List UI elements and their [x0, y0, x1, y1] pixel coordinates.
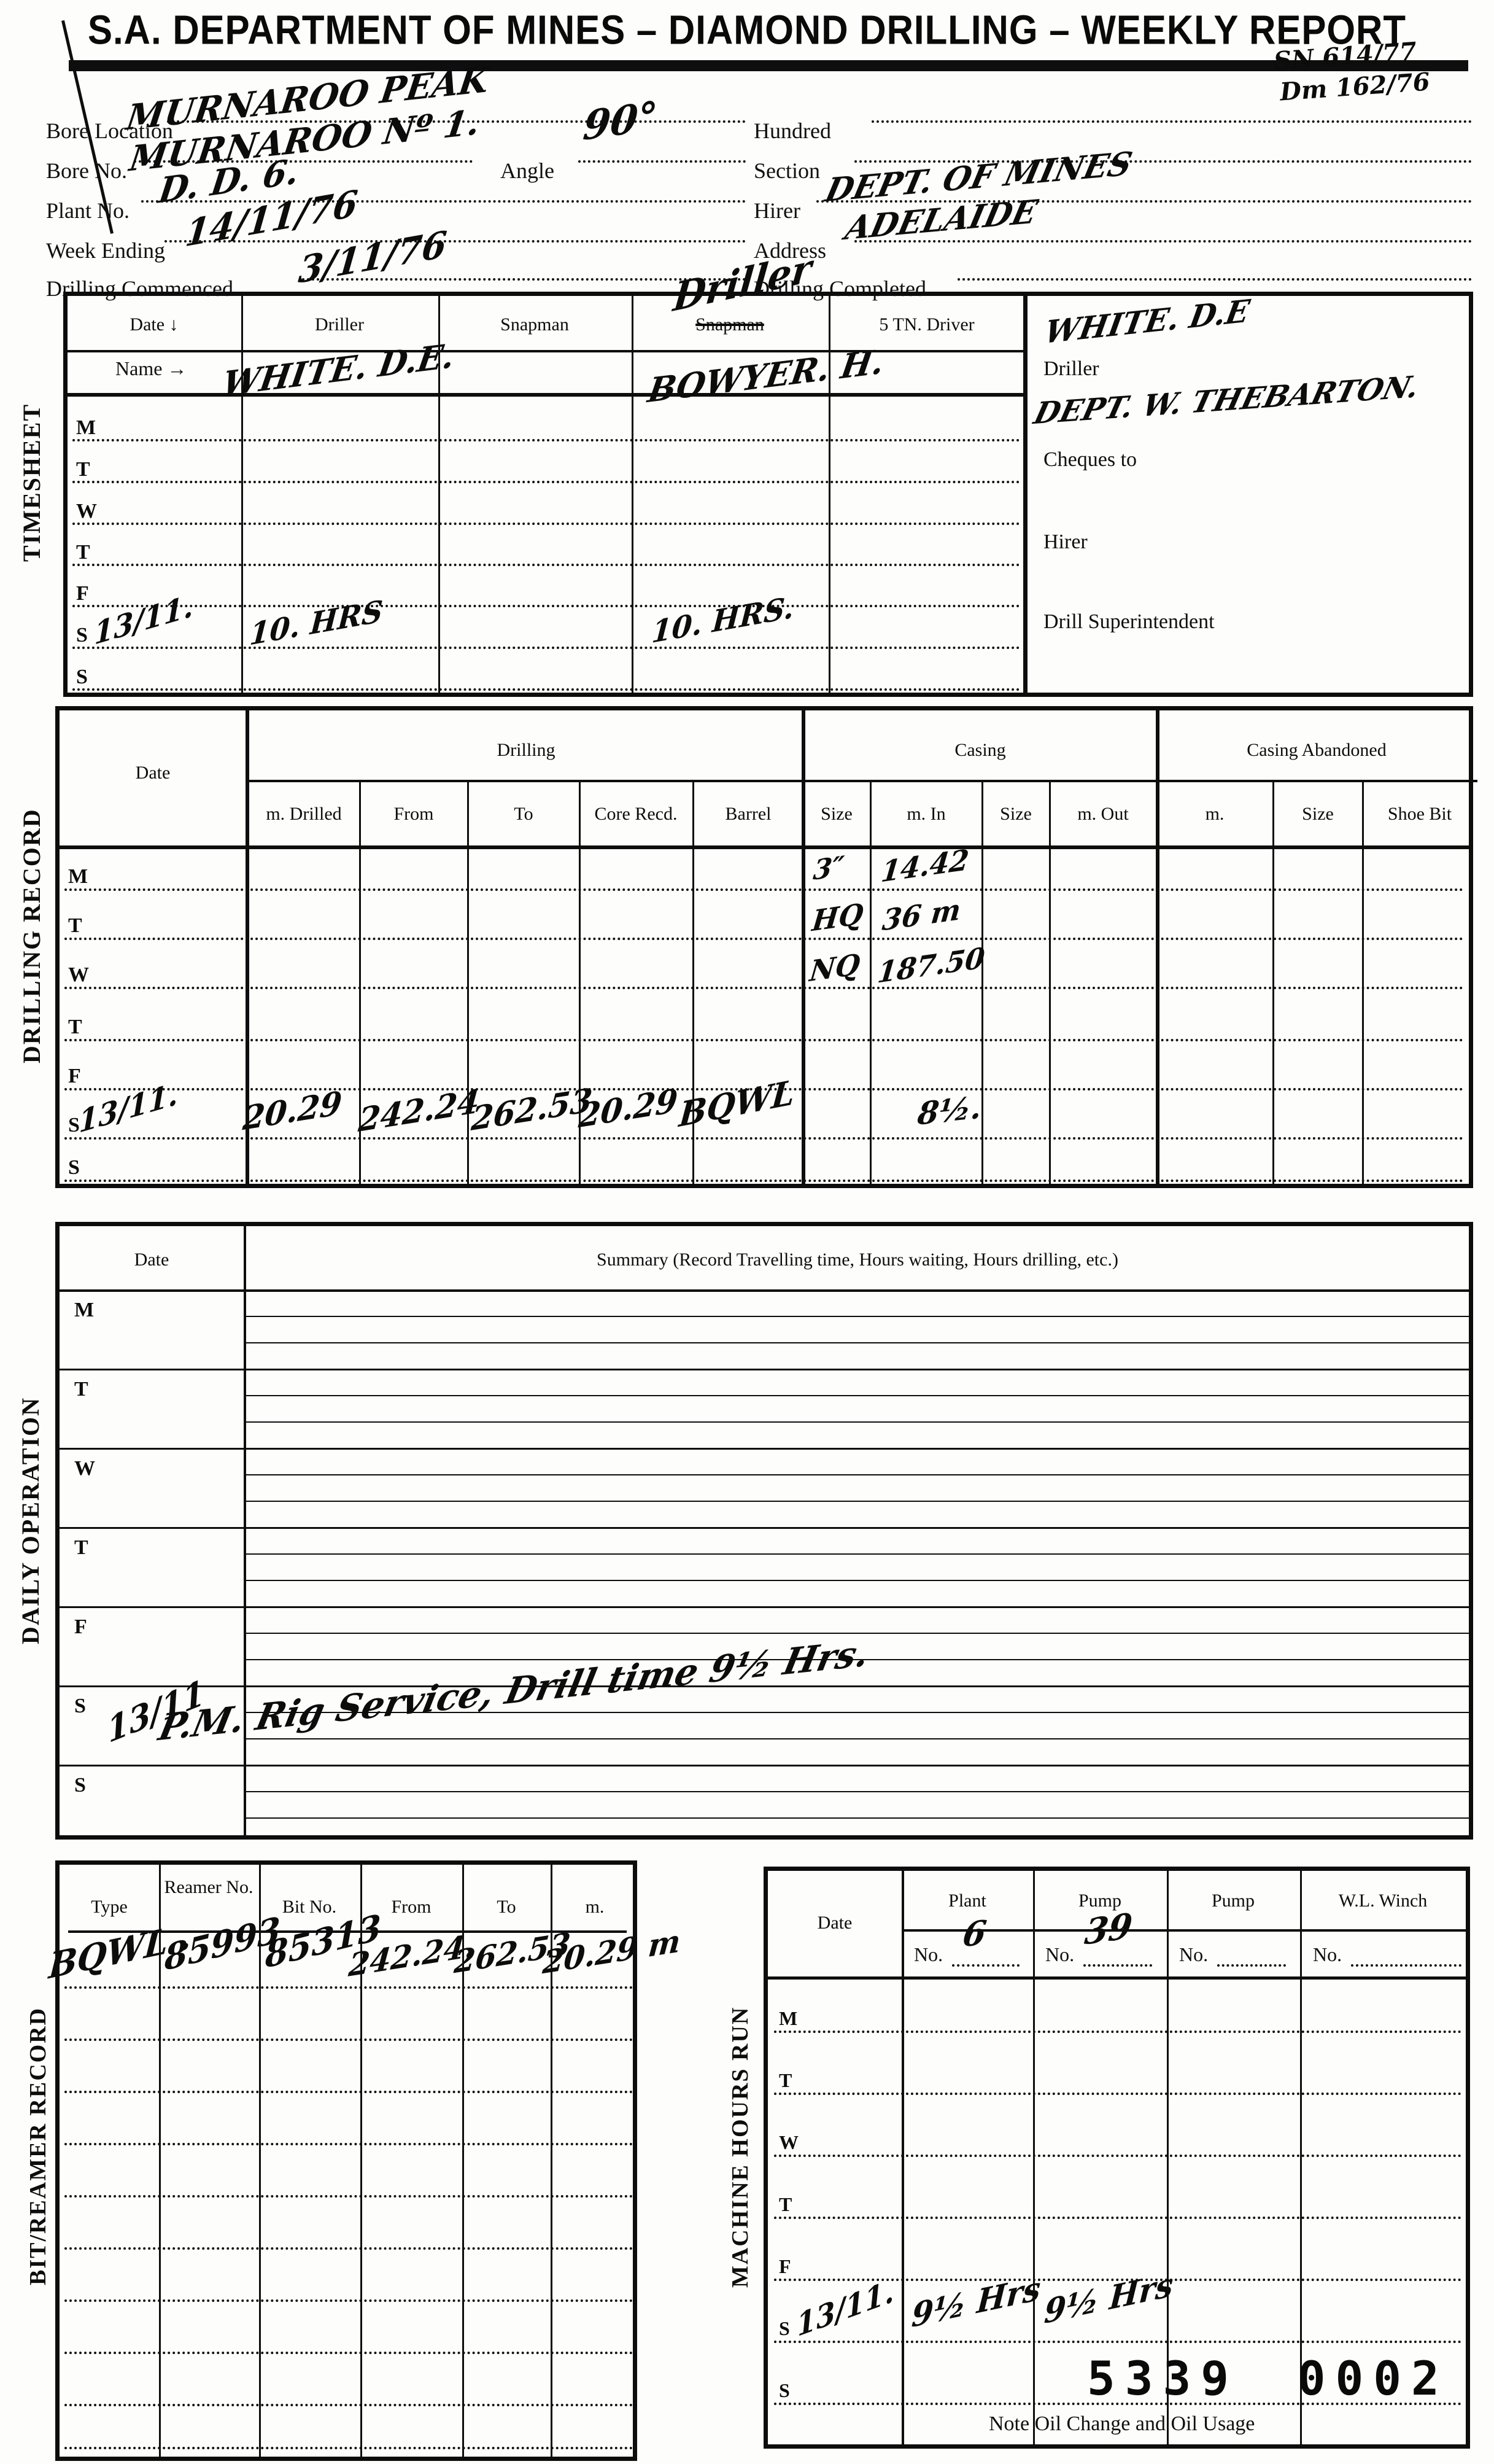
- ts-header-snapman1: Snapman: [500, 314, 569, 335]
- dr-sat-from: 242.24: [357, 1082, 481, 1140]
- address-line: [854, 240, 1472, 243]
- mh-day-s1: S: [779, 2317, 790, 2340]
- dr-sat-m-drilled: 20.29: [241, 1084, 343, 1138]
- ts-day-m: M: [76, 416, 96, 440]
- dr-col-line: [1272, 780, 1274, 1184]
- bit-reamer-table: Type Reamer No. Bit No. From To m. BQWL …: [55, 1860, 637, 2461]
- dr-row-line: [64, 888, 1464, 891]
- dr-col-line: [870, 780, 872, 1184]
- section-label: Section: [754, 158, 820, 184]
- mh-oil-note: Note Oil Change and Oil Usage: [989, 2412, 1255, 2436]
- dr-sub-from: From: [393, 804, 433, 825]
- do-sum-line: [246, 1817, 1469, 1819]
- dr-sub-m: m.: [1206, 804, 1225, 825]
- mh-row-line: [774, 2155, 1461, 2157]
- dr-group-casing-abandoned: Casing Abandoned: [1247, 740, 1386, 761]
- do-day-f: F: [74, 1615, 87, 1639]
- angle-value: 90°: [581, 93, 660, 150]
- do-sum-line: [246, 1421, 1469, 1423]
- br-header-from: From: [391, 1897, 431, 1918]
- dr-casing-size-3: NQ: [808, 947, 861, 989]
- mh-row-line: [774, 2341, 1461, 2343]
- mh-no-value-pump1: 39: [1083, 1905, 1134, 1953]
- mh-no-label-plant: No.: [914, 1943, 943, 1966]
- mh-day-f: F: [779, 2255, 791, 2278]
- mh-col-line: [1033, 1871, 1035, 2444]
- dr-day-t1: T: [68, 914, 82, 938]
- dr-sub-m-out: m. Out: [1077, 804, 1128, 825]
- do-sum-line: [246, 1395, 1469, 1396]
- dr-sub-size1: Size: [821, 804, 853, 825]
- br-row-line: [64, 1986, 633, 1989]
- ts-col-line: [632, 296, 633, 693]
- br-row-line: [64, 2038, 633, 2041]
- dr-group-casing: Casing: [954, 740, 1005, 761]
- ts-payee-driller-label: Driller: [1043, 357, 1099, 381]
- timesheet-table: Date ↓ Driller Snapman Snapman 5 TN. Dri…: [63, 292, 1473, 697]
- ts-header-snapman2: Snapman: [695, 314, 764, 335]
- ts-row-line: [72, 564, 1020, 566]
- br-row-line: [64, 2404, 633, 2406]
- mh-sat-date: 13/11.: [795, 2273, 895, 2344]
- drilling-commenced-value: 3/11/76: [296, 223, 449, 292]
- hundred-line: [872, 120, 1472, 123]
- mh-row-line: [774, 2031, 1461, 2033]
- week-ending-label: Week Ending: [46, 238, 165, 263]
- do-day-m: M: [74, 1299, 94, 1322]
- dr-col-line: [1362, 780, 1364, 1184]
- ts-sat-date: 13/11.: [94, 588, 193, 653]
- ts-row-line: [72, 605, 1020, 607]
- ts-name-row-label: Name →: [115, 357, 187, 380]
- plant-no-label: Plant No.: [46, 198, 130, 223]
- ts-day-f: F: [76, 582, 89, 605]
- mh-no-line-winch: [1351, 1964, 1461, 1967]
- mh-no-label-pump1: No.: [1045, 1943, 1074, 1966]
- ts-header-date: Date ↓: [130, 314, 178, 335]
- dr-header-rule: [60, 845, 1469, 849]
- mh-day-t1: T: [779, 2069, 792, 2092]
- dr-col-line: [467, 780, 469, 1184]
- mh-meter-stamp: 5339 0002: [1087, 2351, 1449, 2406]
- dr-casing-size-2: HQ: [810, 897, 865, 938]
- br-header-reamer-no: Reamer No.: [163, 1876, 255, 1899]
- br-row-line: [64, 2091, 633, 2093]
- mh-sat-pump-hours: 9½ Hrs: [1043, 2266, 1174, 2332]
- form-title: S.A. DEPARTMENT OF MINES – DIAMOND DRILL…: [0, 6, 1494, 53]
- ts-day-t2: T: [76, 541, 90, 564]
- dr-group-rule: [248, 780, 1477, 782]
- mh-day-s2: S: [779, 2379, 790, 2402]
- do-day-rule: [60, 1527, 1469, 1529]
- do-day-s2: S: [74, 1774, 86, 1797]
- do-sum-line: [246, 1738, 1469, 1739]
- mh-group-plant: Plant: [948, 1891, 986, 1911]
- ts-name-rule: [68, 393, 1025, 397]
- angle-label: Angle: [500, 158, 554, 184]
- dr-day-s2: S: [68, 1156, 80, 1180]
- ts-header-5tn: 5 TN. Driver: [879, 314, 974, 335]
- mh-day-m: M: [779, 2007, 797, 2030]
- do-day-rule: [60, 1369, 1469, 1370]
- dr-day-t2: T: [68, 1016, 82, 1039]
- ts-panel-divider: [1023, 296, 1028, 693]
- mh-group-rule: [904, 1929, 1466, 1932]
- do-day-w: W: [74, 1457, 95, 1480]
- dr-row-line: [64, 1039, 1464, 1041]
- mh-day-w: W: [779, 2131, 799, 2154]
- ts-sat-snapman2-hours: 10. HRS.: [651, 590, 795, 650]
- drilling-record-table: Date Drilling Casing Casing Abandoned m.…: [55, 706, 1473, 1188]
- dr-sat-barrel: BQWL: [678, 1072, 797, 1135]
- dr-row-line: [64, 1137, 1464, 1140]
- ts-row-line: [72, 523, 1020, 525]
- drilling-completed-line: [958, 278, 1472, 281]
- br-row-line: [64, 2195, 633, 2198]
- dr-col-line: [1049, 780, 1051, 1184]
- do-sum-line: [246, 1580, 1469, 1581]
- ts-col-line: [241, 296, 243, 693]
- dr-sat-casing-m-in: 8½.: [916, 1089, 983, 1132]
- drilling-record-section-label: DRILLING RECORD: [17, 808, 46, 1063]
- ts-row-line: [72, 481, 1020, 483]
- do-day-rule: [60, 1606, 1469, 1608]
- mh-no-line-pump1: [1083, 1964, 1152, 1967]
- ts-sat-driller-hours: 10. HRS: [249, 594, 384, 653]
- br-row-line: [64, 2247, 633, 2250]
- hirer-label: Hirer: [754, 198, 800, 223]
- ts-day-s1: S: [76, 624, 88, 647]
- ts-day-t1: T: [76, 458, 90, 481]
- dr-row-line: [64, 938, 1464, 940]
- br-row-line: [64, 2299, 633, 2302]
- dr-casing-min-2: 36 m: [881, 892, 962, 937]
- mh-col-line: [902, 1871, 904, 2444]
- bit-reamer-section-label: BIT/REAMER RECORD: [25, 2007, 52, 2285]
- do-date-header: Date: [134, 1249, 169, 1270]
- dr-day-s1: S: [68, 1114, 80, 1137]
- daily-operation-table: Date Summary (Record Travelling time, Ho…: [55, 1222, 1473, 1840]
- ts-payee-name: WHITE. D.E: [1042, 292, 1253, 351]
- br-row-line: [64, 2352, 633, 2354]
- do-day-s1: S: [74, 1695, 86, 1718]
- ts-header-driller: Driller: [315, 314, 364, 335]
- weekly-report-form: S.A. DEPARTMENT OF MINES – DIAMOND DRILL…: [0, 0, 1494, 2464]
- dr-group-drilling: Drilling: [497, 740, 555, 761]
- timesheet-section-label: TIMESHEET: [17, 403, 46, 562]
- mh-no-value-plant: 6: [961, 1912, 989, 1954]
- mh-day-t2: T: [779, 2193, 792, 2216]
- mh-no-line-plant: [952, 1964, 1020, 1967]
- do-sat-summary: P.M. Rig Service, Drill time 9½ Hrs.: [155, 1631, 873, 1749]
- mh-no-label-pump2: No.: [1179, 1943, 1208, 1966]
- dr-sat-date: 13/11.: [79, 1076, 177, 1141]
- ts-row-line: [72, 647, 1020, 649]
- do-day-t2: T: [74, 1536, 88, 1560]
- hundred-label: Hundred: [754, 118, 831, 144]
- dr-casing-min-3: 187.50: [876, 941, 986, 990]
- do-sum-line: [246, 1342, 1469, 1343]
- machine-hours-table: Date Plant Pump Pump W.L. Winch No. 6 No…: [764, 1867, 1470, 2449]
- bore-no-label: Bore No.: [46, 158, 127, 184]
- dr-row-line: [64, 1180, 1464, 1182]
- dr-row-line: [64, 987, 1464, 989]
- do-sum-line: [246, 1501, 1469, 1502]
- dr-sub-core-recd: Core Recd.: [595, 804, 678, 825]
- br-row-line: [64, 2447, 633, 2449]
- ts-payee-superintendent-label: Drill Superintendent: [1043, 610, 1215, 634]
- ts-row-line: [72, 688, 1020, 691]
- do-sum-line: [246, 1553, 1469, 1555]
- machine-hours-section-label: MACHINE HOURS RUN: [727, 2007, 754, 2288]
- dr-sub-size3: Size: [1302, 804, 1334, 825]
- do-summary-header: Summary (Record Travelling time, Hours w…: [597, 1249, 1118, 1270]
- dr-sub-size2: Size: [1000, 804, 1032, 825]
- mh-header-rule: [768, 1976, 1466, 1980]
- dr-sub-shoe-bit: Shoe Bit: [1388, 804, 1452, 825]
- br-header-to: To: [497, 1897, 516, 1918]
- do-day-rule: [60, 1448, 1469, 1450]
- do-sum-line: [246, 1316, 1469, 1317]
- do-day-t1: T: [74, 1378, 88, 1401]
- mh-group-pump2: Pump: [1212, 1891, 1255, 1911]
- dr-col-line: [981, 780, 983, 1184]
- title-rule: [69, 60, 1468, 71]
- br-row-line: [64, 2143, 633, 2145]
- ts-day-w: W: [76, 500, 97, 523]
- dr-day-f: F: [68, 1065, 81, 1088]
- dr-day-m: M: [68, 865, 88, 888]
- dr-sub-m-in: m. In: [907, 804, 945, 825]
- dr-sub-m-drilled: m. Drilled: [266, 804, 341, 825]
- ts-header-overwrite-driller: Driller: [671, 245, 813, 321]
- dr-sub-barrel: Barrel: [726, 804, 772, 825]
- do-sum-line: [246, 1474, 1469, 1475]
- br-header-type: Type: [91, 1897, 128, 1918]
- do-sum-line: [246, 1791, 1469, 1792]
- ts-payee-hirer-label: Hirer: [1043, 530, 1088, 554]
- ts-day-s2: S: [76, 666, 88, 689]
- angle-line: [578, 160, 746, 163]
- dr-day-w: W: [68, 963, 89, 987]
- ts-payee-cheques-label: Cheques to: [1043, 448, 1137, 472]
- mh-date-header: Date: [818, 1913, 853, 1934]
- do-day-rule: [60, 1765, 1469, 1766]
- mh-no-label-winch: No.: [1313, 1943, 1342, 1966]
- mh-row-line: [774, 2217, 1461, 2219]
- daily-operation-section-label: DAILY OPERATION: [16, 1397, 45, 1644]
- dr-sub-to: To: [514, 804, 533, 825]
- ts-row-line: [72, 439, 1020, 441]
- mh-group-wl-winch: W.L. Winch: [1339, 1891, 1428, 1911]
- br-header-m: m.: [586, 1897, 605, 1918]
- mh-row-line: [774, 2093, 1461, 2095]
- do-day-rule: [60, 1685, 1469, 1687]
- dr-date-header: Date: [136, 763, 171, 783]
- do-date-divider: [244, 1226, 246, 1835]
- dr-casing-size-1: 3″: [811, 850, 845, 887]
- br-header-bit-no: Bit No.: [282, 1897, 336, 1918]
- mh-no-line-pump2: [1217, 1964, 1286, 1967]
- dr-casing-min-1: 14.42: [880, 842, 970, 888]
- do-header-rule: [60, 1289, 1469, 1292]
